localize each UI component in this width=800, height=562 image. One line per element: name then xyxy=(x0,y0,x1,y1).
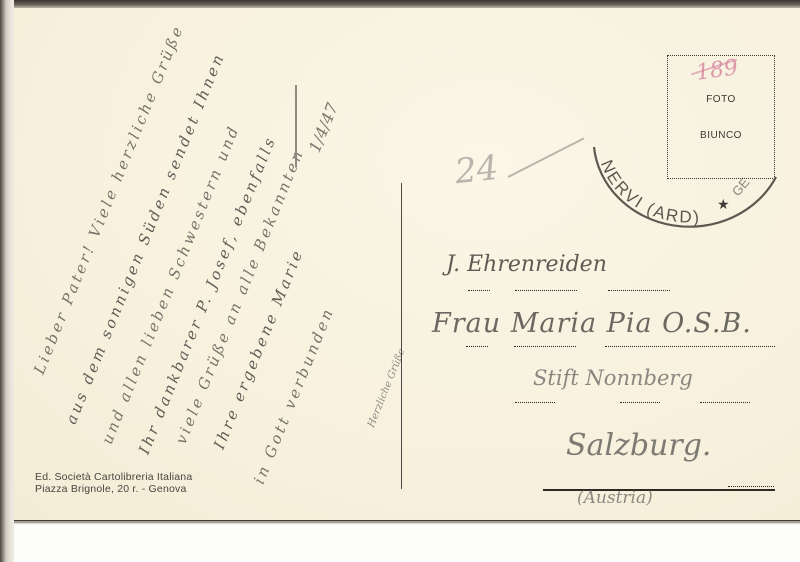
scanner-background xyxy=(14,525,800,562)
stamp-label-foto: FOTO xyxy=(668,94,774,105)
stamp-label-blinco: BIUNCO xyxy=(668,130,774,141)
address-line-1: J. Ehrenreiden xyxy=(446,252,607,277)
address-guide xyxy=(466,346,488,347)
address-line-3: Stift Nonnberg xyxy=(533,366,693,390)
imprint-line-1: Ed. Società Cartolibreria Italiana xyxy=(35,471,192,483)
address-guide xyxy=(514,346,576,347)
address-guide xyxy=(515,290,577,291)
address-line-2: Frau Maria Pia O.S.B. xyxy=(432,308,752,339)
postcard-scan: Lieber Pater! Viele herzliche Grüße aus … xyxy=(0,0,800,562)
address-guide xyxy=(700,402,750,403)
address-guide xyxy=(728,486,774,487)
publisher-imprint: Ed. Società Cartolibreria Italiana Piazz… xyxy=(35,471,192,495)
address-guide xyxy=(620,402,660,403)
date-bracket xyxy=(295,85,297,167)
postmark-star: ★ xyxy=(717,197,730,213)
address-guide xyxy=(605,346,775,347)
pencil-note: 24 xyxy=(453,148,500,192)
center-divider xyxy=(401,183,402,489)
address-guide xyxy=(608,290,670,291)
address-line-5: (Austria) xyxy=(577,488,653,508)
imprint-line-2: Piazza Brignole, 20 r. - Genova xyxy=(35,483,192,495)
scan-top-edge xyxy=(0,0,800,8)
scan-left-edge xyxy=(0,0,14,562)
address-guide xyxy=(468,290,490,291)
address-line-4: Salzburg. xyxy=(566,428,711,463)
address-guide xyxy=(515,402,555,403)
